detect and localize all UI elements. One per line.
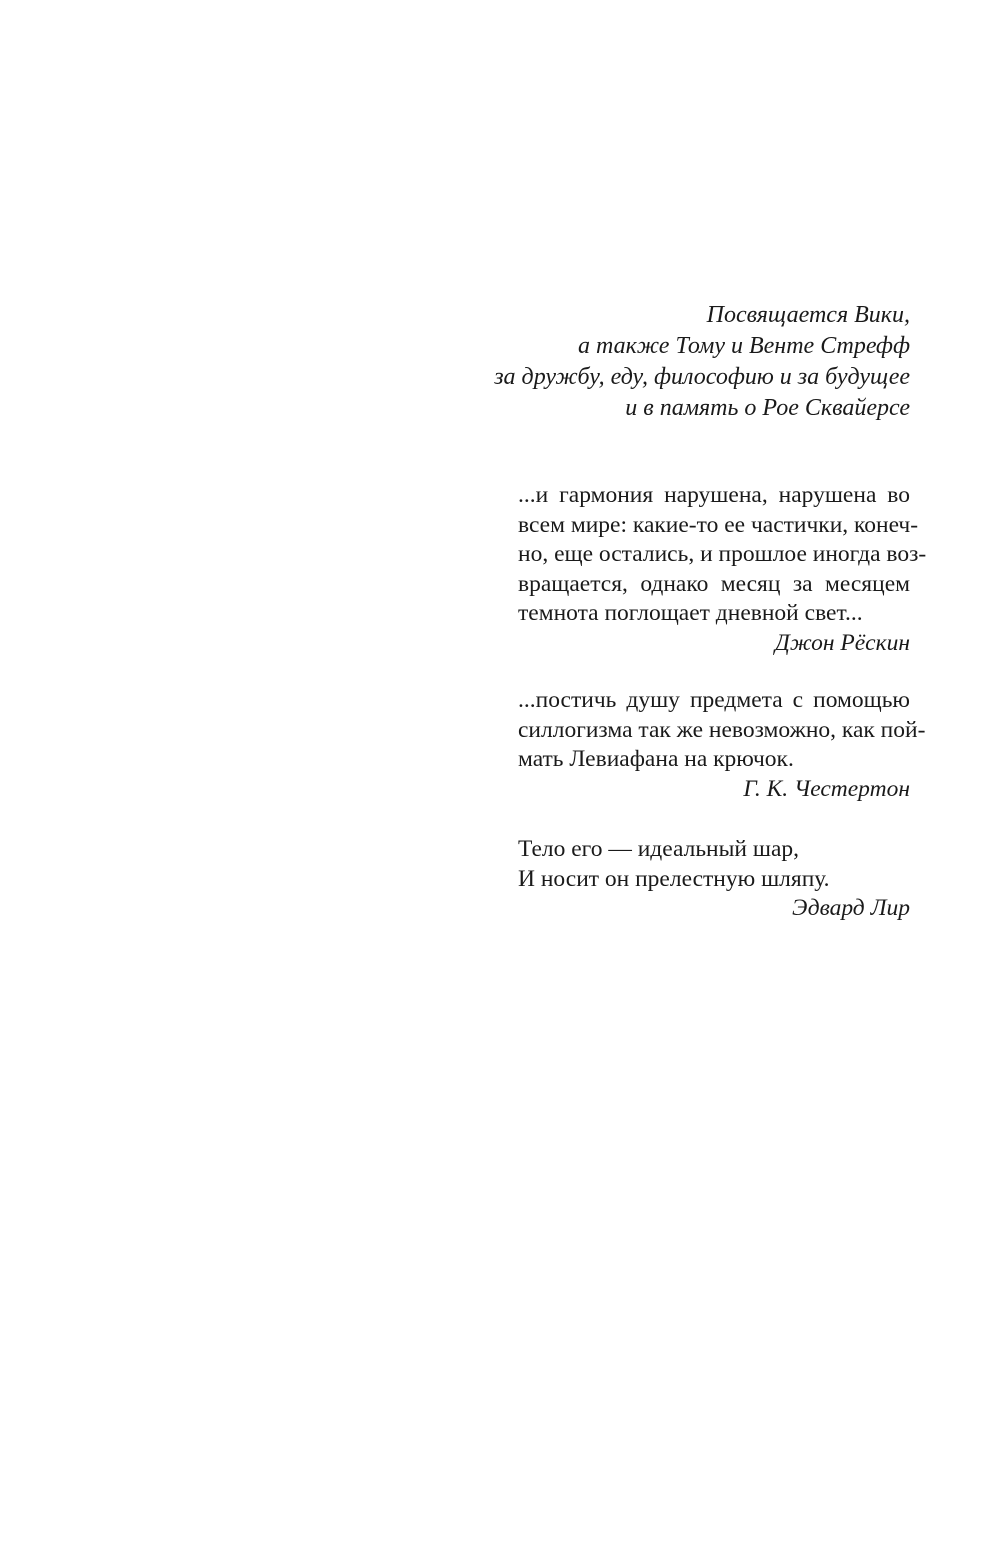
dedication-line: Посвящается Вики, [483, 300, 910, 331]
dedication-line: а также Тому и Венте Стрефф [483, 331, 910, 362]
dedication: Посвящается Вики, а также Тому и Венте С… [483, 300, 910, 424]
epigraph-line: вращается, однако месяц за месяцем [483, 570, 910, 600]
epigraph-author: Г. К. Честертон [483, 775, 910, 805]
epigraph-line: но, еще остались, и прошлое иногда воз- [483, 540, 910, 570]
epigraph-line: темнота поглощает дневной свет... [483, 599, 910, 629]
epigraph-lear: Тело его — идеальный шар, И носит он пре… [483, 835, 910, 924]
verse-line: И носит он прелестную шляпу. [483, 865, 910, 895]
epigraph-ruskin: ...и гармония нарушена, нарушена во всем… [483, 481, 910, 658]
epigraph-text: ...постичь душу предмета с помощью силло… [483, 686, 910, 775]
epigraph-line: мать Левиафана на крючок. [483, 745, 910, 775]
epigraph-text: ...и гармония нарушена, нарушена во всем… [483, 481, 910, 629]
dedication-line: и в память о Рое Сквайерсе [483, 393, 910, 424]
epigraph-line: ...постичь душу предмета с помощью [483, 686, 910, 716]
epigraph-line: ...и гармония нарушена, нарушена во [483, 481, 910, 511]
epigraph-author: Эдвард Лир [483, 894, 910, 924]
epigraph-line: силлогизма так же невозможно, как пой- [483, 716, 910, 746]
epigraph-line: всем мире: какие-то ее частички, конеч- [483, 511, 910, 541]
epigraph-chesterton: ...постичь душу предмета с помощью силло… [483, 686, 910, 804]
dedication-line: за дружбу, еду, философию и за будущее [483, 362, 910, 393]
epigraph-author: Джон Рёскин [483, 629, 910, 659]
verse-line: Тело его — идеальный шар, [483, 835, 910, 865]
